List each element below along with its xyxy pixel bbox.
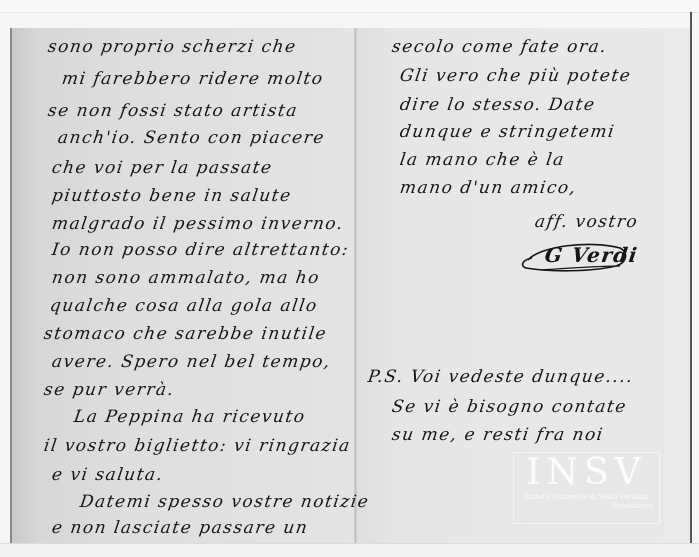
scan-bottom-margin — [0, 543, 699, 557]
postscript-line: su me, e resti fra noi — [391, 425, 606, 445]
handwritten-line: la mano che è la — [399, 150, 567, 170]
handwritten-line: che voi per la passate — [51, 158, 274, 178]
handwritten-line: non sono ammalato, ma ho — [51, 268, 322, 288]
handwritten-line: se pur verrà. — [43, 380, 176, 400]
watermark-subtitle: Istituto Nazionale di Studi Verdiani — [514, 493, 659, 502]
handwritten-line: mano d'un amico, — [399, 178, 578, 198]
handwritten-line: dire lo stesso. Date — [399, 95, 597, 115]
handwritten-line: anch'io. Sento con piacere — [57, 128, 327, 148]
right-page-edge — [690, 12, 692, 543]
closing-salutation: aff. vostro — [534, 212, 640, 232]
handwritten-line: se non fossi stato artista — [47, 101, 300, 121]
handwritten-line: Datemi spesso vostre notizie — [79, 492, 371, 512]
handwritten-line: secolo come fate ora. — [391, 37, 609, 57]
page-fold — [354, 28, 357, 543]
handwritten-line: malgrado il pessimo inverno. — [51, 214, 345, 234]
signature-flourish-icon — [520, 238, 630, 278]
handwritten-line: Gli vero che più potete — [399, 66, 633, 86]
handwritten-line: La Peppina ha ricevuto — [73, 407, 307, 427]
handwritten-line: dunque e stringetemi — [399, 122, 617, 142]
watermark-title: INSV — [514, 453, 659, 493]
handwritten-line: e non lasciate passare un — [51, 518, 310, 538]
watermark-subtitle-2: Fondazione — [514, 502, 659, 511]
postscript-line: P.S. Voi vedeste dunque.... — [367, 367, 635, 387]
handwritten-line: sono proprio scherzi che — [47, 37, 298, 57]
handwritten-line: il vostro biglietto: vi ringrazia — [43, 436, 353, 456]
handwritten-line: qualche cosa alla gola allo — [49, 296, 320, 316]
handwritten-line: stomaco che sarebbe inutile — [43, 324, 329, 344]
postscript-line: Se vi è bisogno contate — [391, 397, 629, 417]
letter-scan: sono proprio scherzi che mi farebbero ri… — [0, 0, 699, 557]
handwritten-line: piuttosto bene in salute — [51, 186, 293, 206]
handwritten-line: Io non posso dire altrettanto: — [51, 240, 351, 260]
scan-top-margin — [0, 0, 699, 13]
handwritten-line: mi farebbero ridere molto — [61, 69, 325, 89]
insv-watermark: INSV Istituto Nazionale di Studi Verdian… — [513, 452, 660, 524]
handwritten-line: e vi saluta. — [51, 465, 165, 485]
left-page-edge — [10, 28, 12, 543]
handwritten-line: avere. Spero nel bel tempo, — [51, 352, 333, 372]
